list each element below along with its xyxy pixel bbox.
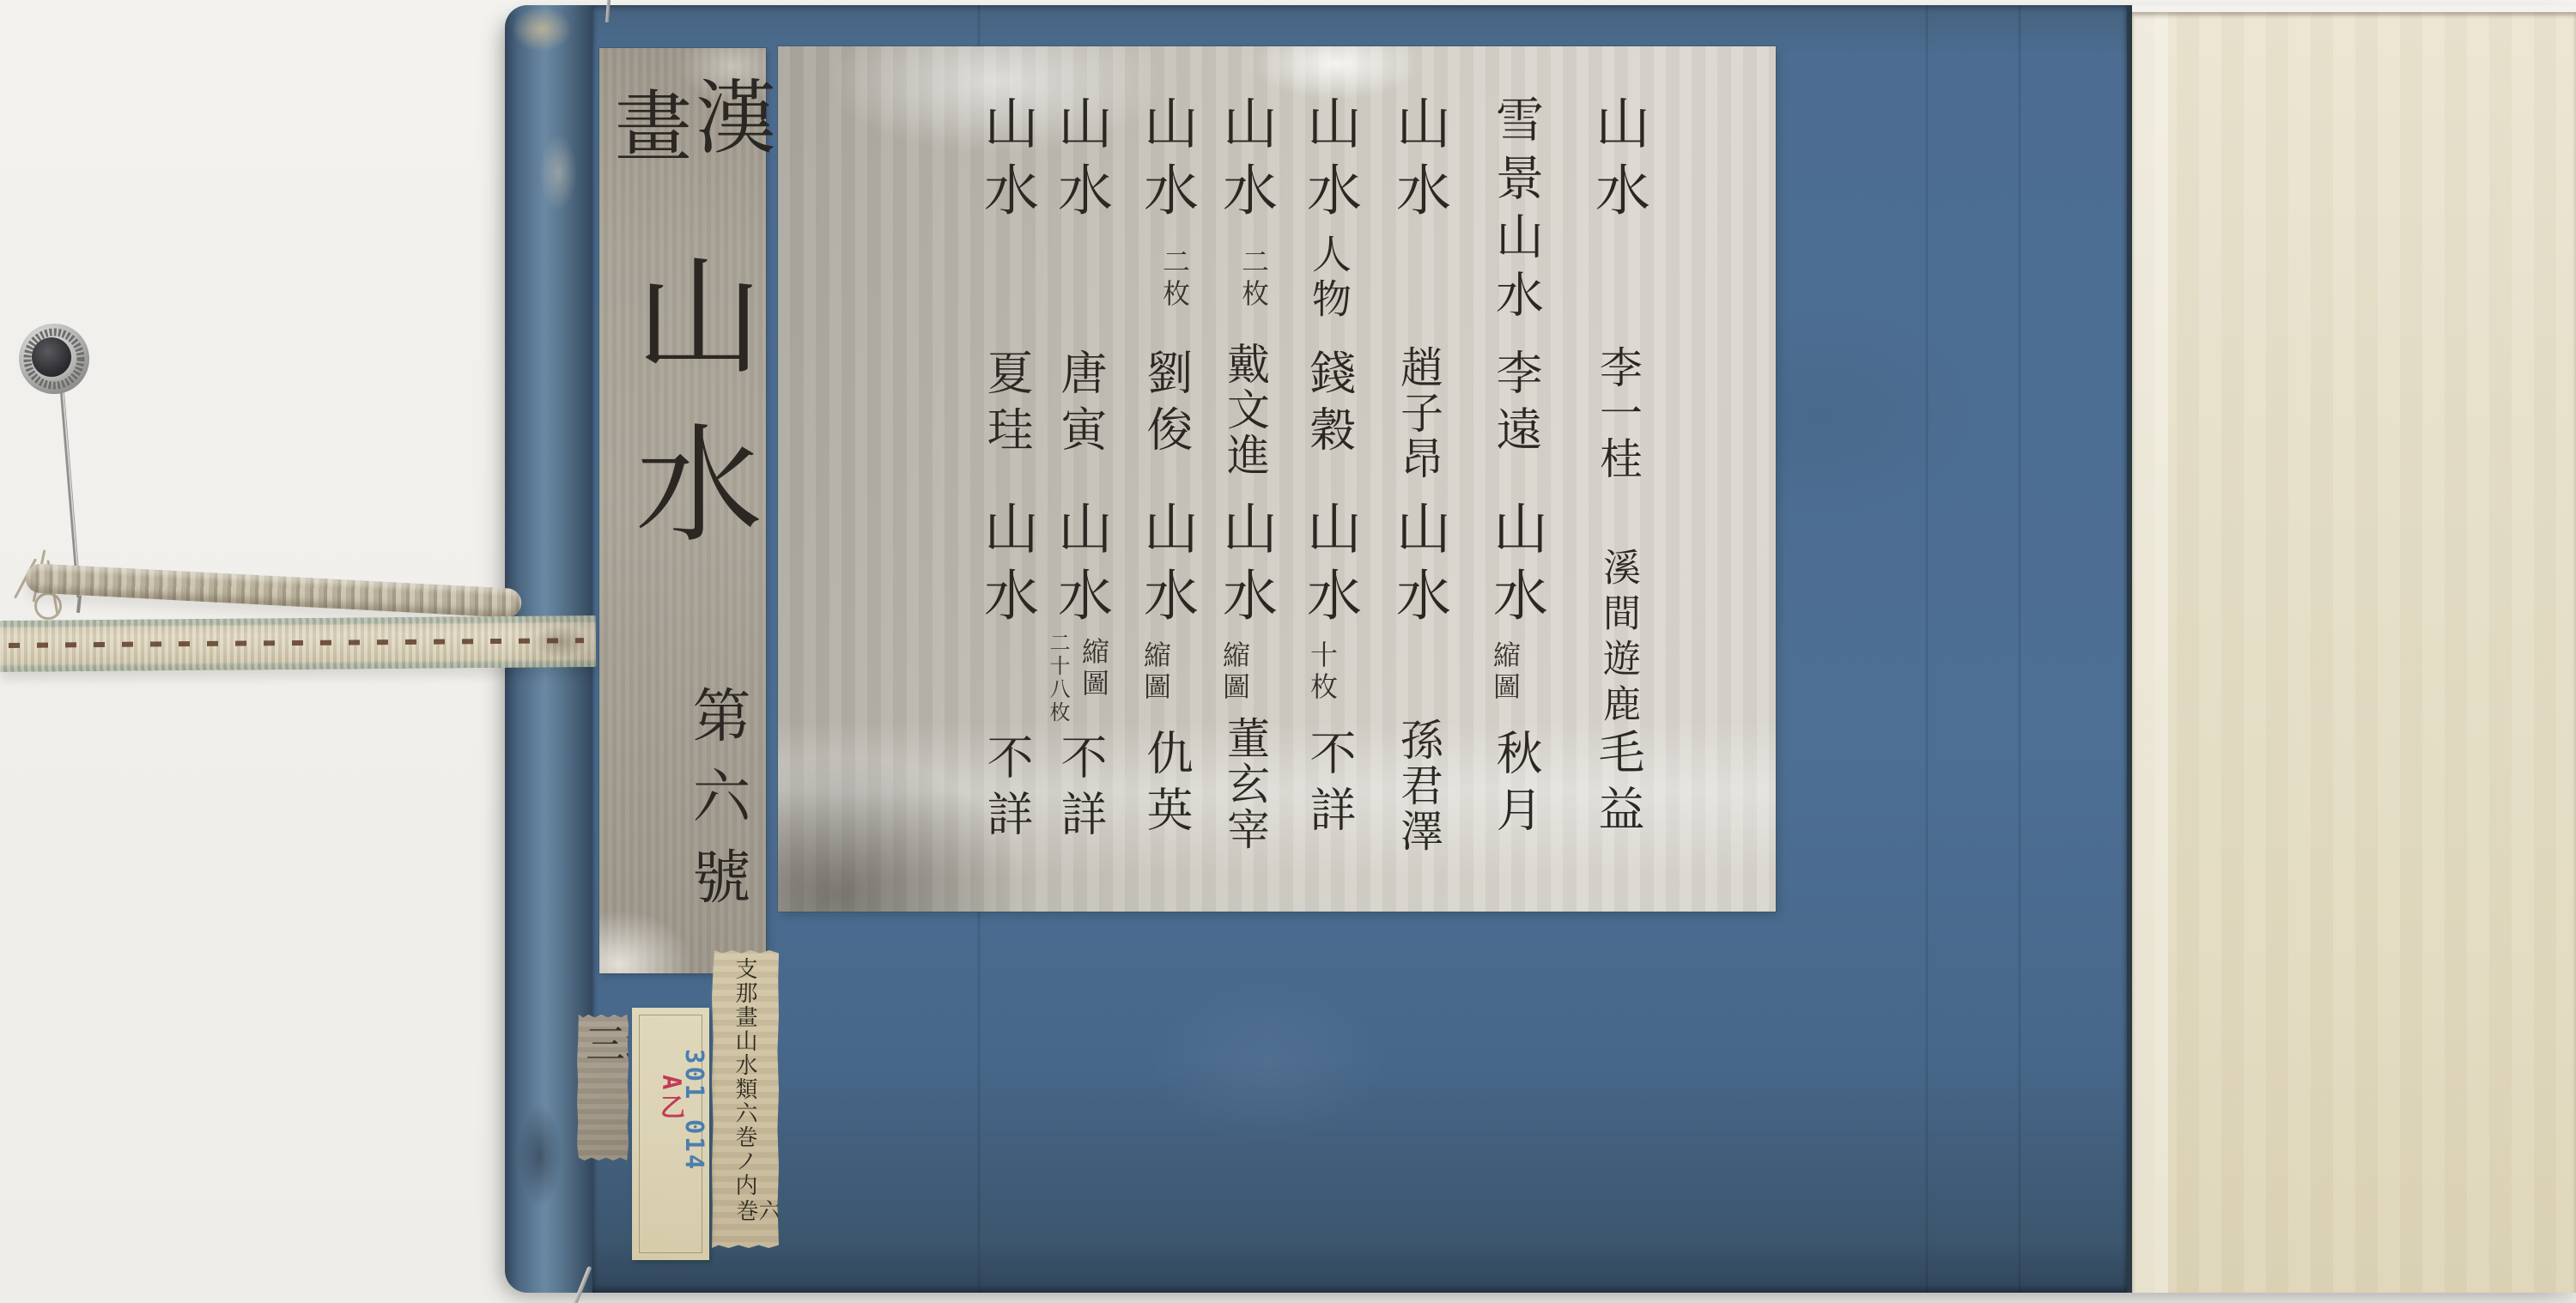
- work-title: 溪間遊鹿: [1599, 548, 1637, 730]
- artist-name: 不詳: [1057, 733, 1103, 846]
- count-small: 二枚: [1240, 247, 1267, 311]
- contents-column-5: 山水 二枚 戴文進 山水 縮圖 董玄宰: [1214, 46, 1276, 912]
- accession-code-stamp: A乙: [654, 1075, 690, 1123]
- category-text: 支那畫山水類六巻ノ内: [733, 957, 756, 1197]
- artist-name: 夏珪: [983, 348, 1030, 462]
- cover-crease: [2018, 5, 2021, 1293]
- work-title: 山水: [1218, 500, 1273, 633]
- contents-column-2: 雪景山水 李遠 山水 縮圖 秋月: [1485, 46, 1546, 912]
- artist-name: 孫君澤: [1397, 718, 1440, 854]
- artist-name: 董玄宰: [1224, 716, 1267, 852]
- work-title: 山水: [1391, 500, 1446, 633]
- note-small: 縮圖: [1221, 640, 1249, 704]
- work-title: 山水: [1139, 94, 1194, 228]
- edge-wear-patch: [539, 134, 577, 211]
- artist-name: 毛益: [1595, 728, 1641, 841]
- artist-name: 唐寅: [1057, 348, 1103, 462]
- work-subtitle: 人物: [1309, 233, 1349, 323]
- artist-name: 戴文進: [1224, 342, 1267, 478]
- work-title: 山水: [1488, 500, 1543, 633]
- contents-sheet: 山水 李一桂 溪間遊鹿 毛益 雪景山水 李遠 山水 縮圖 秋月 山水 趙子昂 山…: [778, 46, 1776, 912]
- contents-column-4: 山水 人物 錢穀 山水 十枚 不詳: [1298, 46, 1360, 912]
- note-small: 十枚: [1309, 640, 1336, 704]
- contents-column-1: 山水 李一桂 溪間遊鹿 毛益: [1587, 46, 1649, 912]
- category-volume-text: 六巻: [734, 1199, 779, 1248]
- note-small: 縮圖: [1142, 640, 1170, 704]
- handscroll: 漢 畫 山 水 第六號 山水 李一桂 溪間遊鹿 毛益 雪景山水 李遠 山水 縮圖…: [505, 5, 2576, 1293]
- work-title: 山水: [1053, 94, 1108, 228]
- contents-column-7: 山水 唐寅 山水 縮圖 二十八枚 不詳: [1049, 46, 1111, 912]
- artist-name: 秋月: [1492, 729, 1539, 842]
- work-title: 山水: [1218, 94, 1273, 228]
- artist-name: 不詳: [983, 733, 1030, 846]
- cover-crease: [1925, 5, 1929, 1293]
- contents-column-8: 山水 夏珪 山水 不詳: [975, 46, 1037, 912]
- work-title: 山水: [1053, 500, 1108, 633]
- cord-fray-loop: [34, 592, 62, 620]
- title-label-strip: 漢 畫 山 水 第六號: [599, 48, 766, 973]
- work-title: 山水: [1391, 94, 1446, 228]
- artist-name: 李一桂: [1596, 345, 1639, 482]
- scroll-end-paper: [2132, 12, 2576, 1293]
- pin-head-center: [32, 337, 71, 377]
- edge-shadow-patch: [519, 1104, 562, 1207]
- title-char-han: 漢: [696, 79, 776, 160]
- edge-wear-patch: [512, 7, 572, 52]
- artist-name: 錢穀: [1306, 348, 1352, 462]
- work-title: 山水: [1302, 500, 1357, 633]
- work-title: 山水: [1139, 500, 1194, 633]
- artist-name: 劉俊: [1143, 348, 1189, 462]
- woven-tie-band: [0, 615, 596, 672]
- category-label: 支那畫山水類六巻ノ内 六巻: [712, 950, 779, 1248]
- artist-name: 仇英: [1143, 729, 1189, 842]
- artist-name: 趙子昂: [1397, 345, 1440, 482]
- work-title: 山水: [979, 94, 1034, 228]
- contents-column-3: 山水 趙子昂 山水 孫君澤: [1388, 46, 1449, 912]
- note-small: 縮圖: [1080, 637, 1108, 700]
- photograph-handscroll-cover: 漢 畫 山 水 第六號 山水 李一桂 溪間遊鹿 毛益 雪景山水 李遠 山水 縮圖…: [0, 0, 2576, 1303]
- title-char-ga: 畫: [615, 89, 692, 167]
- note-small: 縮圖: [1492, 640, 1519, 704]
- title-char-san: 山: [635, 254, 762, 381]
- artist-name: 不詳: [1306, 729, 1352, 842]
- title-char-sui: 水: [635, 422, 762, 549]
- shelf-mark-label: 地三: [577, 1015, 629, 1161]
- work-title: 雪景山水: [1492, 94, 1540, 328]
- accession-label: 301 014 A乙: [632, 1008, 709, 1260]
- work-title: 山水: [1590, 94, 1645, 228]
- contents-column-6: 山水 二枚 劉俊 山水 縮圖 仇英: [1135, 46, 1197, 912]
- work-title: 山水: [1302, 94, 1357, 228]
- count-small: 二十八枚: [1048, 632, 1068, 724]
- volume-number: 第六號: [687, 685, 745, 927]
- count-small: 二枚: [1161, 247, 1188, 311]
- artist-name: 李遠: [1492, 348, 1539, 462]
- work-title: 山水: [979, 500, 1034, 633]
